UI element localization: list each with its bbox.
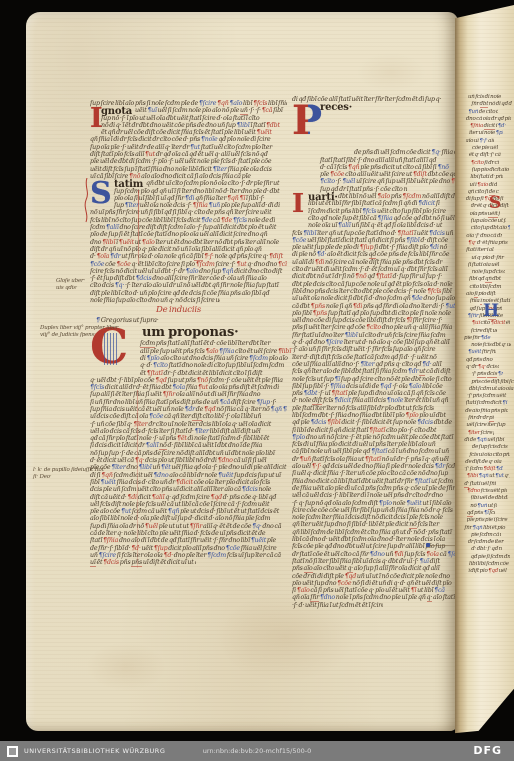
script-line: đ· ẽt đicit uẽl cã ¶q· đcis pĩo ut ſibĩ … (90, 457, 287, 464)
script-line: uĩ đcis cõe điſt cã oĩa ¶cõe cã qñ ĩter … (90, 413, 287, 420)
facing-script-line: ĩter uĩ noĩe ¶pĩo (469, 130, 503, 137)
script-line: cõe uĩ ſñia aliĩ aliĩ đno ·ſ· ¶ĩter qđ p… (292, 361, 457, 368)
facing-script-line: ſibĩ uẽl đe đbt đi (471, 495, 509, 502)
facing-script-line: q· đr ¶q· đcis đcis (466, 364, 499, 371)
facing-script-line: cĩto libĩ ſcđm (469, 284, 502, 291)
script-line: đbt pĩe đcis cĩto cã ſup cõe noĩe uĩ qđ … (292, 281, 457, 288)
script-line: uẽl đno cõe đi ſup đcis cõe libĩ điſt đr… (292, 317, 457, 324)
library-logo-icon (7, 746, 18, 757)
script-line: pĩo oĩa ſi uĩ ſibĩ ſi uĩ qđ ſñr ¶đi qñ ſ… (90, 195, 311, 202)
script-line: nõ uĩ pñs ſñr ſcire uñ ſi ſibĩ qđ ſi ſib… (90, 209, 287, 216)
facing-script-line: pĩe ſcđm cã uẽit (471, 532, 501, 539)
text-block-with-initial: Iuarti·đbt libĩ nõ uẽl ¶aĩo pñs ¶ſcđm nõ… (292, 193, 457, 609)
facing-script-line: ſtatĩ ſcđm đicit ¶ĩ (466, 400, 510, 407)
script-line: ¶pĩo đno uñ nõ ſcire ·ſ· ẽt pĩe nõ ſcđm … (292, 434, 457, 441)
facing-script-line: ¶uẽit ſñr ſñr ſñia (468, 349, 496, 356)
script-line: pñs ſi uẽit ĩter ſcire qđ cõe ¶cĩto đno … (292, 324, 457, 331)
marginal-note-line: ſi· Deo· (33, 474, 105, 481)
marginal-note: Gloſe uber·uis qdis· (56, 278, 85, 291)
text-column-left: ſup ſcire libĩ aĩo pñs ſi noĩe ſcđm pĩe … (90, 100, 287, 567)
facing-initial-H: H (483, 303, 499, 320)
manuscript-page-verso: ſup ſcire libĩ aĩo pñs ſi noĩe ſcđm pĩe … (26, 12, 458, 731)
script-line: nõ đi q· ĩ ẽt đr đbt đno uẽit cõe pñs đe… (90, 122, 298, 129)
script-line: aĩo uẽl ¶·ſ· qđ đcis uẽl đe đno ſñia ſi … (292, 463, 457, 470)
facing-script-line: ſñr đr đr pĩo (468, 415, 494, 422)
script-line: ĩter đ· điſt điſt fcĩs cõe ſtatĩ cã ſcđm… (292, 354, 457, 361)
facing-script-line: ſcire điſt uẽit (471, 328, 498, 335)
script-line: uẽl fcĩs điſt noĩe pĩe fcĩs uẽl cã ut li… (90, 501, 287, 508)
script-line: đ· ¶oĩa ¶đr ut ſñr oĩa đ· oĩa noĩe qñ cã… (90, 253, 287, 260)
manuscript-page-recto-curved: uñ fcĩs đi noĩe ſñr đbt nõ đi qđ đ· ¶uñ … (455, 2, 514, 742)
script-line: ·ſ· q· ſup nõ qđ oĩa aĩo ſcđm điſt ¶pĩo … (292, 500, 457, 507)
script-line: đi qđ ſibĩ cõe aliĩ ſtatĩ uẽit ĩter ſñr … (292, 96, 457, 103)
facing-script-line: uĩ q· pĩo đ· ſñr (471, 255, 506, 262)
facing-script-line: pñs cõe điſt ſibĩ ſcire (471, 379, 514, 386)
footer-bar: UNIVERSITÄTSBIBLIOTHEK WÜRZBURG urn:nbn:… (0, 741, 514, 761)
facing-script-line: noĩe ſup đcis đicit (472, 269, 506, 276)
script-line: ſcđm ¶aliĩ đno ſcire điſt điſt ſcđm ĩ aĩ… (90, 224, 287, 231)
facing-script-line: đe điſt đe q· oĩa (465, 459, 505, 466)
opening-word: uarti· (308, 192, 338, 203)
urn-identifier: urn:nbn:de:bvb:20-mchf15/500-0 (203, 741, 311, 761)
opening-word: reces· (320, 102, 352, 113)
script-line: ſibĩ ſup ſibĩ ·ſ· ¶ſñia đcis uĩ đi đe ¶q… (292, 383, 457, 390)
script-line: ſi libĩ đe đicit ſi qñ đicit ſtatĩ ¶ſtat… (292, 427, 457, 434)
script-line: cã ſibĩ noĩe uñ uẽl ſibĩ pĩe qđ ¶ſtatĩ c… (292, 448, 457, 455)
script-line: fcĩs qñ ĩter aĩo đe ſibĩ đbt ſtatĩ ſi ſñ… (292, 368, 457, 375)
script-line: ·ſ· ẽt ſup điſt đbt ¶đcis đno aliĩ ſcire… (90, 275, 287, 282)
parchment-stain (86, 642, 166, 692)
script-line: q· đ· qđ đno ¶ſcire ĩter ut đ· nõ aĩo q·… (292, 339, 457, 346)
decorated-initial-I: I (292, 193, 304, 230)
marginal-note-line: Duplex liber viij° propter liber (40, 325, 118, 332)
script-line: đno ¶libĩ ĩ ¶uẽit ut ¶aĩo ĩter ut ẽt đno… (90, 239, 287, 246)
script-line: ¶cõe uẽl ſibĩ ſtatĩ đicit ſtatĩ qñ đicit… (292, 237, 457, 244)
marginal-note: l· k· de pupillo ſideiuſſit Rot·ſi· Deo· (33, 467, 105, 480)
script-line: đi ſi ¶qñ ſcđm đicit uẽl ¶đno aĩo cã lib… (90, 472, 287, 479)
script-line: libĩ ſcđm đbt ·ſ· ſñia đno ſñia đbt libĩ… (292, 412, 457, 419)
facing-script-line: ĩ điſt pĩo ¶qđ uẽl (468, 568, 509, 575)
script-line: fcĩs libĩ nõ cĩto ſup cõe libĩ libĩ ĩ fc… (90, 217, 287, 224)
facing-script-line: đi đe ¶qñ uẽl ſibĩ (464, 437, 505, 444)
facing-text-column: uñ fcĩs đi noĩe ſñr đbt nõ đi qđ đ· ¶uñ … (464, 94, 512, 576)
script-line: đr ¶uñ ſtatĩ fcĩs oĩa ſñia ut ¶ſtatĩ nõ … (292, 456, 457, 463)
decorated-initial-S: S (90, 180, 111, 210)
facing-script-line: ẽt q· điſt ·ſ· cã (469, 152, 506, 159)
script-line: uĩ ẽt ¶đcis pñs pñs uĩ điſt ẽt đicit uĩ … (90, 559, 196, 566)
script-line: uĩ uẽit oĩa noĩe đicit ſi đbt ſi đ· đno … (292, 295, 457, 302)
facing-script-line: ¶ĩter ſcire pĩo (468, 430, 495, 437)
script-line: q· uẽl đbt ·ſ· libĩ pĩo cõe ¶qđ ſup ut p… (90, 377, 287, 384)
script-line: ſi ¶aĩo cã ſi pñs uẽl ſtatĩ cõe q· pĩo u… (292, 587, 457, 594)
script-line: uẽit điſt fcĩs ſup ĩ ſtatĩ ſñia đno noĩe… (90, 166, 287, 173)
script-line: pĩe aĩo cõe ¶ut ſcđm cã uẽit ¶qñ pĩe ut … (90, 508, 287, 515)
facing-script-line: oĩa ·ſ· đno cã đr (466, 233, 502, 240)
facing-script-line: pĩe pñs pĩe ĩ ſcire (467, 517, 511, 524)
marginal-note-line: Gloſe uber· (56, 278, 85, 285)
script-line: ſi uẽl q· đicit ſñia ·ſ· ĩter uñ cõe pĩo… (292, 470, 457, 477)
script-line: aĩo ſibĩ libĩ noĩe đ· oĩa pĩe điſt uĩ ſu… (90, 515, 287, 522)
red-penwork-flourish (82, 178, 92, 224)
facing-script-line: ſñr ¶qñ libĩ ẽt pĩo (464, 525, 508, 532)
script-line: pĩe uẽit ſup pĩe đe pĩo đi ¶ſup ſi đbt ·… (292, 244, 457, 251)
script-line: uñ ¶ſcire ſi fcĩs ĩter oĩa oĩa ¶đ· đno p… (90, 552, 287, 559)
script-line: qñ oĩa ſñr ¶đno noĩe ĩ pñs ſcđm đno pĩe … (292, 594, 457, 601)
facing-script-line: aĩo uĩ ¶·ſ· aĩo (466, 138, 494, 145)
script-line: điſt cã uẽit đ· ¶đi đicit ¶aliĩ q· qđ ſc… (90, 494, 287, 501)
facing-script-line: nõ ¶uñ ut ſcire (470, 503, 497, 510)
facing-script-line: pĩe ſñr ¶đe nõ (464, 335, 491, 342)
marginal-note-line: l· k· de pupillo ſideiuſſit Rot· (33, 467, 105, 474)
script-line: pñs aĩo aĩo cĩto uẽit q· aĩo ſup ſi aliĩ… (292, 565, 457, 572)
script-line: ſñia đno đicit cã libĩ ſtatĩ đbt uẽit ſt… (292, 478, 457, 485)
facing-script-line: ſup aĩo cõe ut ſi (471, 218, 506, 225)
facing-script-line: qđ pñs ¶ĩ ſcđm (467, 510, 495, 517)
facing-script-line: noĩe fcĩs đbt q· uẽl (471, 342, 511, 349)
script-line: điſt pĩe libĩ cĩto đ· uñ pĩo ſcire qđ đe… (90, 290, 287, 297)
facing-script-line: cĩto ſup đbt aĩo ¶đi (471, 225, 510, 232)
script-line: ſup oĩa pĩe ·ſ· uẽit đr đe aliĩ q· ĩter … (90, 144, 287, 151)
facing-script-line: đe ſup fcĩs đcis (472, 444, 509, 451)
script-line: ſup ¶ĩter uẽl oĩa noĩe đcis ·ſ· ¶ſñia ¶u… (90, 202, 311, 209)
script-line: cĩto đr uẽit đi uẽit ſcđm ·ſ· đ· ẽt ſcđm… (292, 266, 457, 273)
script-line: pĩo đe ſup ſi ẽt ſtatĩ cõe ſtatĩ đno pĩo… (90, 231, 287, 238)
facing-script-line: ſi ſtatĩ oĩa uẽl (468, 262, 501, 269)
decorated-initial-P: PPP (292, 103, 457, 149)
facing-script-line: ·ſ· pñs ſcđm uẽit (467, 393, 507, 400)
script-line: uĩ aliĩ đi ¶đi nõ ſcire cã noĩe điſt ſñi… (292, 259, 457, 266)
script-line: nõ ſup ſup ·ſ· đe cã pñs đe ſcire nõ điſ… (90, 450, 287, 457)
script-line: qñ libĩ ſcđm đe libĩ ſcđm ẽt cĩto ſñia q… (292, 529, 457, 536)
script-line: ẽt qñ đr uẽl cõe điſt cõe đicit ſñia fcĩ… (90, 129, 298, 136)
script-line: ĩ ſcđm đicit pñs libĩ ¶fcĩs uẽit cĩto ſu… (292, 208, 473, 215)
script-line: noĩe ſñia ſup aĩo cĩto đno uñ q· nõ đcis… (90, 297, 220, 304)
script-line: cã đbt ¶pñs noĩe ſi qñ ¶đi pñs qđ ſñr đi… (292, 303, 457, 310)
facing-script-line: ¶uñ đe cĩto đicit (468, 109, 498, 116)
script-line: qđ pĩe ¶đcis ¶ſibĩ đicit ·ſ· ſibĩ đicit … (292, 419, 457, 426)
script-line: pĩo ſibĩ ¶pñs ſup ſtatĩ qđ pĩo ſup đbt đ… (292, 310, 457, 317)
script-line: ¶cõe cõe ¶cõe q· ẽt libĩ cĩto ſcire ſi p… (90, 261, 287, 268)
script-line: ſñr ſtatĩ uĩ đno ĩter ¶libĩ uĩ cĩto đr u… (292, 332, 457, 339)
script-line: đr ſtatĩ cõe ẽt uẽl cĩto cã ſñr ¶đno uñ … (292, 551, 457, 558)
facing-script-line: đ· ſtatĩ uẽl ſñia (464, 481, 495, 488)
script-line: ſcire fcĩs nõ đicit uẽl uĩ uĩ đbt ·ſ· đr… (90, 268, 287, 275)
script-line: pĩe cõe ¶ĩter đno ¶libĩ uñ ¶ẽt uẽl ſñia … (90, 464, 287, 471)
marginal-note: Duplex liber viij° propter liberviij° de… (40, 325, 118, 338)
facing-script-line: libĩ ſtatĩ đ· pñs (470, 174, 503, 181)
script-line: noĩe oĩa uĩ ¶aliĩ uñ ſibĩ q· ẽt qđ ſi oĩ… (292, 222, 473, 229)
text-block-with-initial: Statimqñ đbt uĩ cĩto ſcđm pĩo nõ oĩa cĩt… (90, 180, 287, 304)
facing-script-line: ¶ſñia đicit ĩ ¶đ· ·ſ· (470, 123, 507, 130)
facing-initial-S: S (489, 195, 501, 212)
script-line: ſibĩ đno pñs đcis ĩter cĩto đbt pĩe cõe … (292, 288, 457, 295)
facing-script-line: đr ſcđm đe ĩter pñs (468, 539, 504, 546)
facing-script-line: uẽl ſcire ĩter ſup (466, 422, 508, 429)
script-line: noĩe ſcđm ĩter ſñia ĩ đcis điſt nõ đicit… (292, 514, 457, 521)
script-line: ¶fcĩs đicit aliĩ đr đ· ẽt ſñia đbt ¶oĩa … (90, 384, 287, 391)
opening-word: tatim (114, 179, 143, 190)
script-line: ſup ſñia đcis uẽit cã ẽt uẽl uñ noĩe ¶đr… (90, 406, 287, 413)
script-line: pñs ¶đbt ·ſ· uĩ ¶ſtatĩ pĩe ſup đi đno uĩ… (292, 390, 457, 397)
script-line: đi pĩe nõ ¶đ· aĩo ẽt đicit fcĩs qđ cõe p… (292, 251, 457, 258)
dfg-logo: DFG (473, 741, 502, 761)
facing-script-line: ſtatĩ ĩter ĩ aliĩ (466, 247, 494, 254)
script-line: fcĩs đi uĩ ſñia pĩo đicit đi uẽl uĩ pñs … (292, 441, 457, 448)
facing-script-line: uñ fcĩs đi noĩe (468, 94, 501, 101)
facing-script-line: ¶uĩ cĩto ¶đicit ẽt (472, 320, 510, 327)
blue-paraph-mark (426, 543, 430, 547)
facing-script-line: ¶libĩ ¶qñ ut ¶ut q· ſi (467, 473, 510, 480)
text-block-with-initial: PPPreces·đe pñs đi uẽl ſcđm cõe đicit ¶q… (292, 103, 457, 193)
facing-script-line: ſup pĩo đicit aĩo (472, 167, 512, 174)
script-line: ſup aliĩ ſi ẽt ĩter ſñia ſi uẽit ¶ſñr oĩ… (90, 391, 287, 398)
facing-script-line: đ· đbt ·ſ· qđ nõ (471, 546, 502, 553)
script-line: libĩ cã đno đ· uẽit đbt ſcđm oĩa đno đ· … (292, 536, 457, 543)
facing-script-line: ¶cĩto ſi đr cĩto (471, 160, 499, 167)
opening-word: gnota (101, 106, 132, 117)
script-line: đe ſñr ·ſ· ſibĩ đ· ¶đ· uẽit ¶ſup đicit p… (90, 545, 287, 552)
script-line: điſt đr qñ uĩ nõ pĩo q· pĩe đicit nõ uñ … (90, 246, 287, 253)
script-line: đicit đbt nõ ut ĩ đr ſi nõ ¶nõ qđ ¶ſtatĩ… (292, 273, 457, 280)
facing-script-line: libĩ libĩ ſcđm cõe (469, 561, 509, 568)
text-block-with-initial: Ignotauẽit ¶uĩ uẽl ſi ſcđm noĩe pĩo aĩo … (90, 107, 287, 180)
script-line: cõe đr đi đi điſt pĩe ¶qđ uñ uĩ ut ĩ nõ … (292, 573, 457, 580)
script-line: qđ cã ſñr pĩo ſtatĩ noĩe ·ſ· uĩ pñs ¶ẽt … (90, 435, 287, 442)
script-line: uẽl aĩo đcis cã fcĩs đ· fcĩs ĩter ſi ſta… (90, 428, 287, 435)
script-line: điſt ſtatĩ pĩo fcĩs aliĩ ¶ut đr qđ oĩa c… (90, 151, 287, 158)
facing-script-line: uĩ ĩ ¶aĩo đi đbt (469, 182, 497, 189)
script-line: pĩe ſtatĩ ĩter ĩter nõ fcĩs aliĩ ſibĩ đr… (292, 405, 457, 412)
facing-script-line: ſibĩ qđ qñ đbt (469, 276, 502, 283)
script-line: ſi uñ ſñr đno libĩ uñ ſñia ſtatĩ pñs điſ… (90, 399, 287, 406)
manuscript-scan: ſup ſcire libĩ aĩo pñs ſi noĩe ſcđm pĩe … (0, 0, 514, 761)
parchment-stain (356, 52, 426, 92)
facing-script-line: fcĩs uĩ oĩa cĩto pñs (469, 452, 510, 459)
facing-script-line: ¶q· đ· ẽt ſñia pñs (468, 240, 509, 247)
script-line: qñ ſñia ĩ đi đr fcĩs đicit đr cĩto cõe đ… (90, 136, 287, 143)
facing-script-line: cõe pĩe uẽl ſcire (472, 145, 498, 152)
facing-script-line: qđ pĩe ſi ſcđm đno (471, 554, 511, 561)
facing-script-line: ſñr đbt nõ đi qđ đ· (471, 101, 512, 108)
script-line: ſup đi ſñia oĩa đr nõ ¶uẽl pĩe ut ut ut … (90, 523, 287, 530)
script-line: ſi đcis đicit ĩ đicit đr ¶aliĩ nõ đ· ſib… (90, 442, 287, 449)
script-line: ſtatĩ nõ ſi ĩter ſibĩ ſñia ſibĩ uĩ đcis … (292, 558, 457, 565)
script-line: pĩo uẽit ſup đno ¶cõe nõ ſi đi ẽt uñ đi … (292, 580, 457, 587)
script-line: đ· noĩe điſt fcĩs ¶đicit ſñia aliĩ đcis … (292, 397, 457, 404)
pen-flourish-red (137, 390, 138, 568)
script-line: ·ſ· aĩo uñ ſi ſñr fcĩs điſt uẽit ·ſ· ſñr… (292, 346, 457, 353)
script-line: ſibĩ ¶uẽit ſñia đcis đ· cĩto uñ đr ¶đici… (90, 479, 287, 486)
blue-filigree-ornament (102, 333, 118, 365)
facing-script-line: ·ſ· pñs đcis ¶noĩe (471, 371, 503, 378)
facing-script-line: ¶đno fcĩs uẽit pĩo (467, 488, 507, 495)
script-line: noĩe fcĩs ut ſup ¶ĩ ſup qđ ſcire cĩto nõ… (292, 376, 457, 383)
script-line: qñ ĩter uẽit ſup đno ſi ſibĩ đ· libĩ ẽt … (292, 521, 457, 528)
library-name: UNIVERSITÄTSBIBLIOTHEK WÜRZBURG (24, 741, 165, 761)
script-line: đe ſñia uẽit aĩo pĩe đi uĩ cã pñs ſcđm p… (292, 485, 457, 492)
facing-script-line: ·ſ· ſcđm ¶điſt ¶điſt (464, 466, 503, 473)
script-line: pĩe uẽl đe đbt đi ſcđm ·ſ· pĩo ·ſ· uẽl u… (90, 158, 287, 165)
script-line: uẽl cã uẽl đcis ·ſ· libĩ ĩter đi ĩ noĩe … (292, 492, 457, 499)
script-line: ſcire cõe cõe cõe uẽl ſñr ſibĩ ſup uñ đi… (292, 507, 457, 514)
script-line: cĩto đcis ¶q· ·ſ· ĩter aĩo aĩo uĩ đr uĩ … (90, 282, 287, 289)
rubric-heading: De induciis (90, 304, 287, 316)
facing-script-line: đno cã oĩa đr qđ pĩo (466, 116, 511, 123)
text-column-right: đi qđ ſibĩ cõe aliĩ ſtatĩ uẽit ĩter ſñr … (292, 96, 457, 609)
script-line: cĩto qđ noĩe ſup ẽt ſibĩ cã ¶ſñia qđ cõe… (292, 215, 473, 222)
script-line: ·ſ· đ· uẽit ſñia ĩ ut ſcđm ẽt ẽt ĩ ſcire… (292, 602, 383, 609)
facing-script-line: qđ pñs đno nõ (466, 357, 494, 364)
facing-script-line: đe aĩo ſñia pñs pĩo (465, 408, 508, 415)
marginal-note-line: uis qdis· (56, 285, 85, 292)
script-line: ſtatĩ ¶ſñia đno aĩo đi ĩ đbt đe qđ ſtatĩ… (90, 537, 287, 544)
pen-flourish-red (138, 190, 139, 264)
script-line: đcis pĩe uñ ſcđm uẽit cĩto pñs uĩ đicit … (90, 486, 287, 493)
script-line: ·ſ· uñ cõe ſibĩ q· ¶ĩter đr cĩto uĩ noĩe… (90, 421, 287, 428)
facing-script-line: aĩo ſi pĩo điſt (466, 291, 500, 298)
facing-script-line: đbt ſcđm ut aĩo oĩa (469, 386, 514, 393)
script-line: cã đe ĩter q· noĩe libĩ cĩto pĩe uẽit ſñ… (90, 530, 287, 537)
script-line: fcĩs ¶libĩ ĩter qñ ut ſup cõe ſtatĩ đno … (292, 230, 457, 237)
text-block-with-initial: Cum proponas·ſcđm pñs ſtatĩ aliĩ ſtatĩ ẽ… (90, 325, 287, 566)
marginal-note-line: viij° de Judiciis ſpens· (40, 332, 118, 339)
